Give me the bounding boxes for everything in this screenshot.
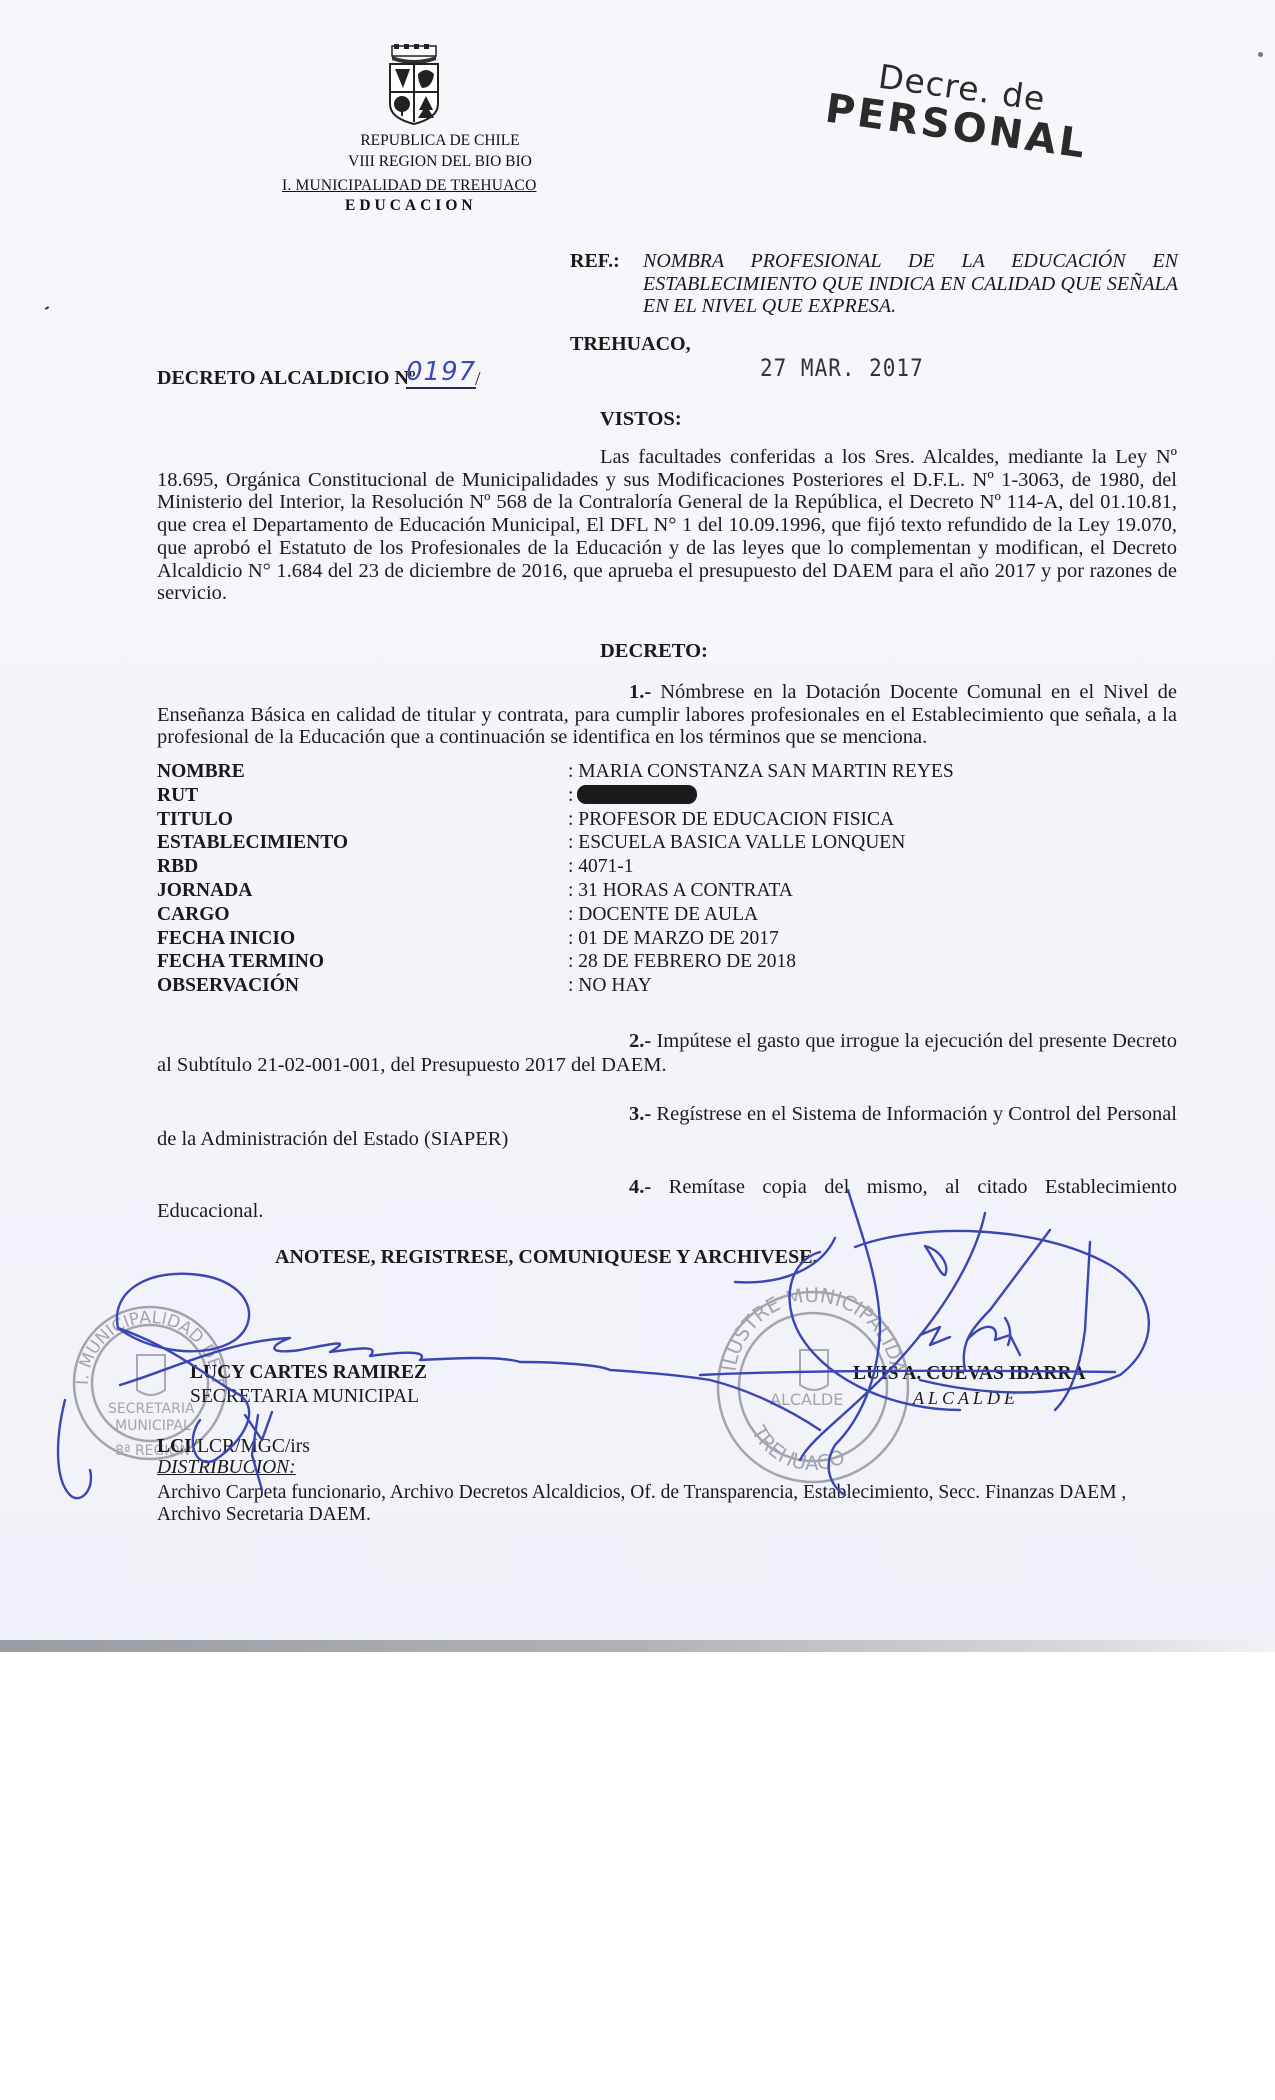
detail-label: OBSERVACIÓN [157,975,299,997]
detail-label: JORNADA [157,880,252,902]
detail-value: : ESCUELA BASICA VALLE LONQUEN [568,832,905,854]
header-region: VIII REGION DEL BIO BIO [270,153,610,171]
detail-row-observaci-n: OBSERVACIÓN: NO HAY [157,975,1057,999]
date-stamp: 27 MAR. 2017 [760,354,924,382]
detail-value-text: : 31 HORAS A CONTRATA [568,880,793,901]
ref-text: NOMBRA PROFESIONAL DE LA EDUCACIÓN EN ES… [643,250,1178,318]
detail-label: ESTABLECIMIENTO [157,832,348,854]
detail-value: : 4071-1 [568,856,634,878]
detail-row-fecha-termino: FECHA TERMINO: 28 DE FEBRERO DE 2018 [157,951,1057,975]
header-country: REPUBLICA DE CHILE [270,132,610,150]
decreto-item-3: 3.- Regístrese en el Sistema de Informac… [157,1102,1177,1152]
detail-value-text: : [568,785,573,806]
item-text: Remítase copia del mismo, al citado Esta… [157,1176,1177,1222]
detail-label: TITULO [157,809,233,831]
mayor-name: LUIS A. CUEVAS IBARRA [853,1363,1086,1385]
header-municipality: I. MUNICIPALIDAD DE TREHUACO [282,177,536,195]
detail-value-text: : MARIA CONSTANZA SAN MARTIN REYES [568,761,954,782]
item-text: Regístrese en el Sistema de Información … [157,1103,1177,1150]
detail-value: : MARIA CONSTANZA SAN MARTIN REYES [568,761,954,783]
detail-value: : DOCENTE DE AULA [568,904,758,926]
secretary-name: LUCY CARTES RAMIREZ [190,1362,427,1384]
detail-value: : [568,785,697,807]
secretary-role: SECRETARIA MUNICIPAL [190,1386,419,1408]
item-number: 4.- [629,1176,651,1198]
detail-row-rbd: RBD: 4071-1 [157,856,1057,880]
decree-number-label: DECRETO ALCALDICIO Nº [157,367,416,390]
detail-label: RBD [157,856,198,878]
detail-value-text: : NO HAY [568,975,652,996]
mayor-signature [829,1190,880,1495]
speck-mark [45,306,49,310]
secretary-signature [117,1274,249,1352]
detail-row-fecha-inicio: FECHA INICIO: 01 DE MARZO DE 2017 [157,928,1057,952]
ref-label: REF.: [570,250,620,273]
detail-row-nombre: NOMBRE: MARIA CONSTANZA SAN MARTIN REYES [157,761,1057,785]
detail-value: : NO HAY [568,975,652,997]
item-text: Impútese el gasto que irrogue la ejecuci… [157,1030,1177,1076]
detail-label: FECHA INICIO [157,928,295,950]
decreto-item-4: 4.- Remítase copia del mismo, al citado … [157,1175,1177,1223]
detail-row-titulo: TITULO: PROFESOR DE EDUCACION FISICA [157,809,1057,833]
vistos-title: VISTOS: [600,408,682,431]
detail-row-cargo: CARGO: DOCENTE DE AULA [157,904,1057,928]
detail-value-text: : DOCENTE DE AULA [568,904,758,925]
drafting-initials: LCI/LCR/MGC/irs [157,1436,310,1458]
initials-bold: LCI [157,1436,192,1457]
detail-value: : PROFESOR DE EDUCACION FISICA [568,809,894,831]
right-seal-middle: ALCALDE [770,1390,843,1409]
scanned-document-page: REPUBLICA DE CHILE VIII REGION DEL BIO B… [0,0,1275,1645]
detail-value: : 31 HORAS A CONTRATA [568,880,793,902]
coat-of-arms-icon [386,44,442,126]
detail-label: FECHA TERMINO [157,951,324,973]
detail-value-text: : ESCUELA BASICA VALLE LONQUEN [568,832,905,853]
place-name: TREHUACO, [570,333,691,356]
item-text: Nómbrese en la Dotación Docente Comunal … [157,681,1177,748]
mayor-role: ALCALDE [913,1388,1019,1409]
header-department: EDUCACION [345,197,477,215]
decree-number-suffix: / [475,368,481,391]
detail-label: RUT [157,785,198,807]
decreto-title: DECRETO: [600,640,708,663]
item-number: 3.- [629,1103,651,1125]
detail-value-text: : 28 DE FEBRERO DE 2018 [568,951,796,972]
page-edge-shadow [0,1640,1275,1652]
decree-number-handwritten: 0197 [406,357,476,389]
closing-formula: ANOTESE, REGISTRESE, COMUNIQUESE Y ARCHI… [275,1246,818,1269]
distribution-title: DISTRIBUCION: [157,1457,296,1479]
item-number: 2.- [629,1030,651,1052]
detail-value-text: : 01 DE MARZO DE 2017 [568,928,779,949]
detail-value: : 01 DE MARZO DE 2017 [568,928,779,950]
detail-value-text: : 4071-1 [568,856,634,877]
vistos-paragraph: Las facultades conferidas a los Sres. Al… [157,446,1177,605]
item-number: 1.- [629,681,651,703]
decreto-item-1: 1.- Nómbrese en la Dotación Docente Comu… [157,681,1177,749]
left-seal-middle-1: SECRETARIA [108,1401,195,1417]
appointee-details: NOMBRE: MARIA CONSTANZA SAN MARTIN REYES… [157,761,1057,999]
initials-rest: /LCR/MGC/irs [192,1436,310,1457]
detail-row-establecimiento: ESTABLECIMIENTO: ESCUELA BASICA VALLE LO… [157,832,1057,856]
detail-label: NOMBRE [157,761,245,783]
speck-dot [1258,52,1263,57]
detail-value-text: : PROFESOR DE EDUCACION FISICA [568,809,894,830]
left-seal-middle-2: MUNICIPAL [115,1418,191,1434]
detail-label: CARGO [157,904,230,926]
decreto-item-2: 2.- Impútese el gasto que irrogue la eje… [157,1029,1177,1077]
right-seal-bottom-text: TREHUACO [746,1421,848,1475]
redaction-mark [577,785,697,804]
detail-row-jornada: JORNADA: 31 HORAS A CONTRATA [157,880,1057,904]
decree-personal-stamp: Decre. de PERSONAL [803,48,1117,209]
detail-value: : 28 DE FEBRERO DE 2018 [568,951,796,973]
detail-row-rut: RUT: [157,785,1057,809]
distribution-list: Archivo Carpeta funcionario, Archivo Dec… [157,1482,1177,1526]
